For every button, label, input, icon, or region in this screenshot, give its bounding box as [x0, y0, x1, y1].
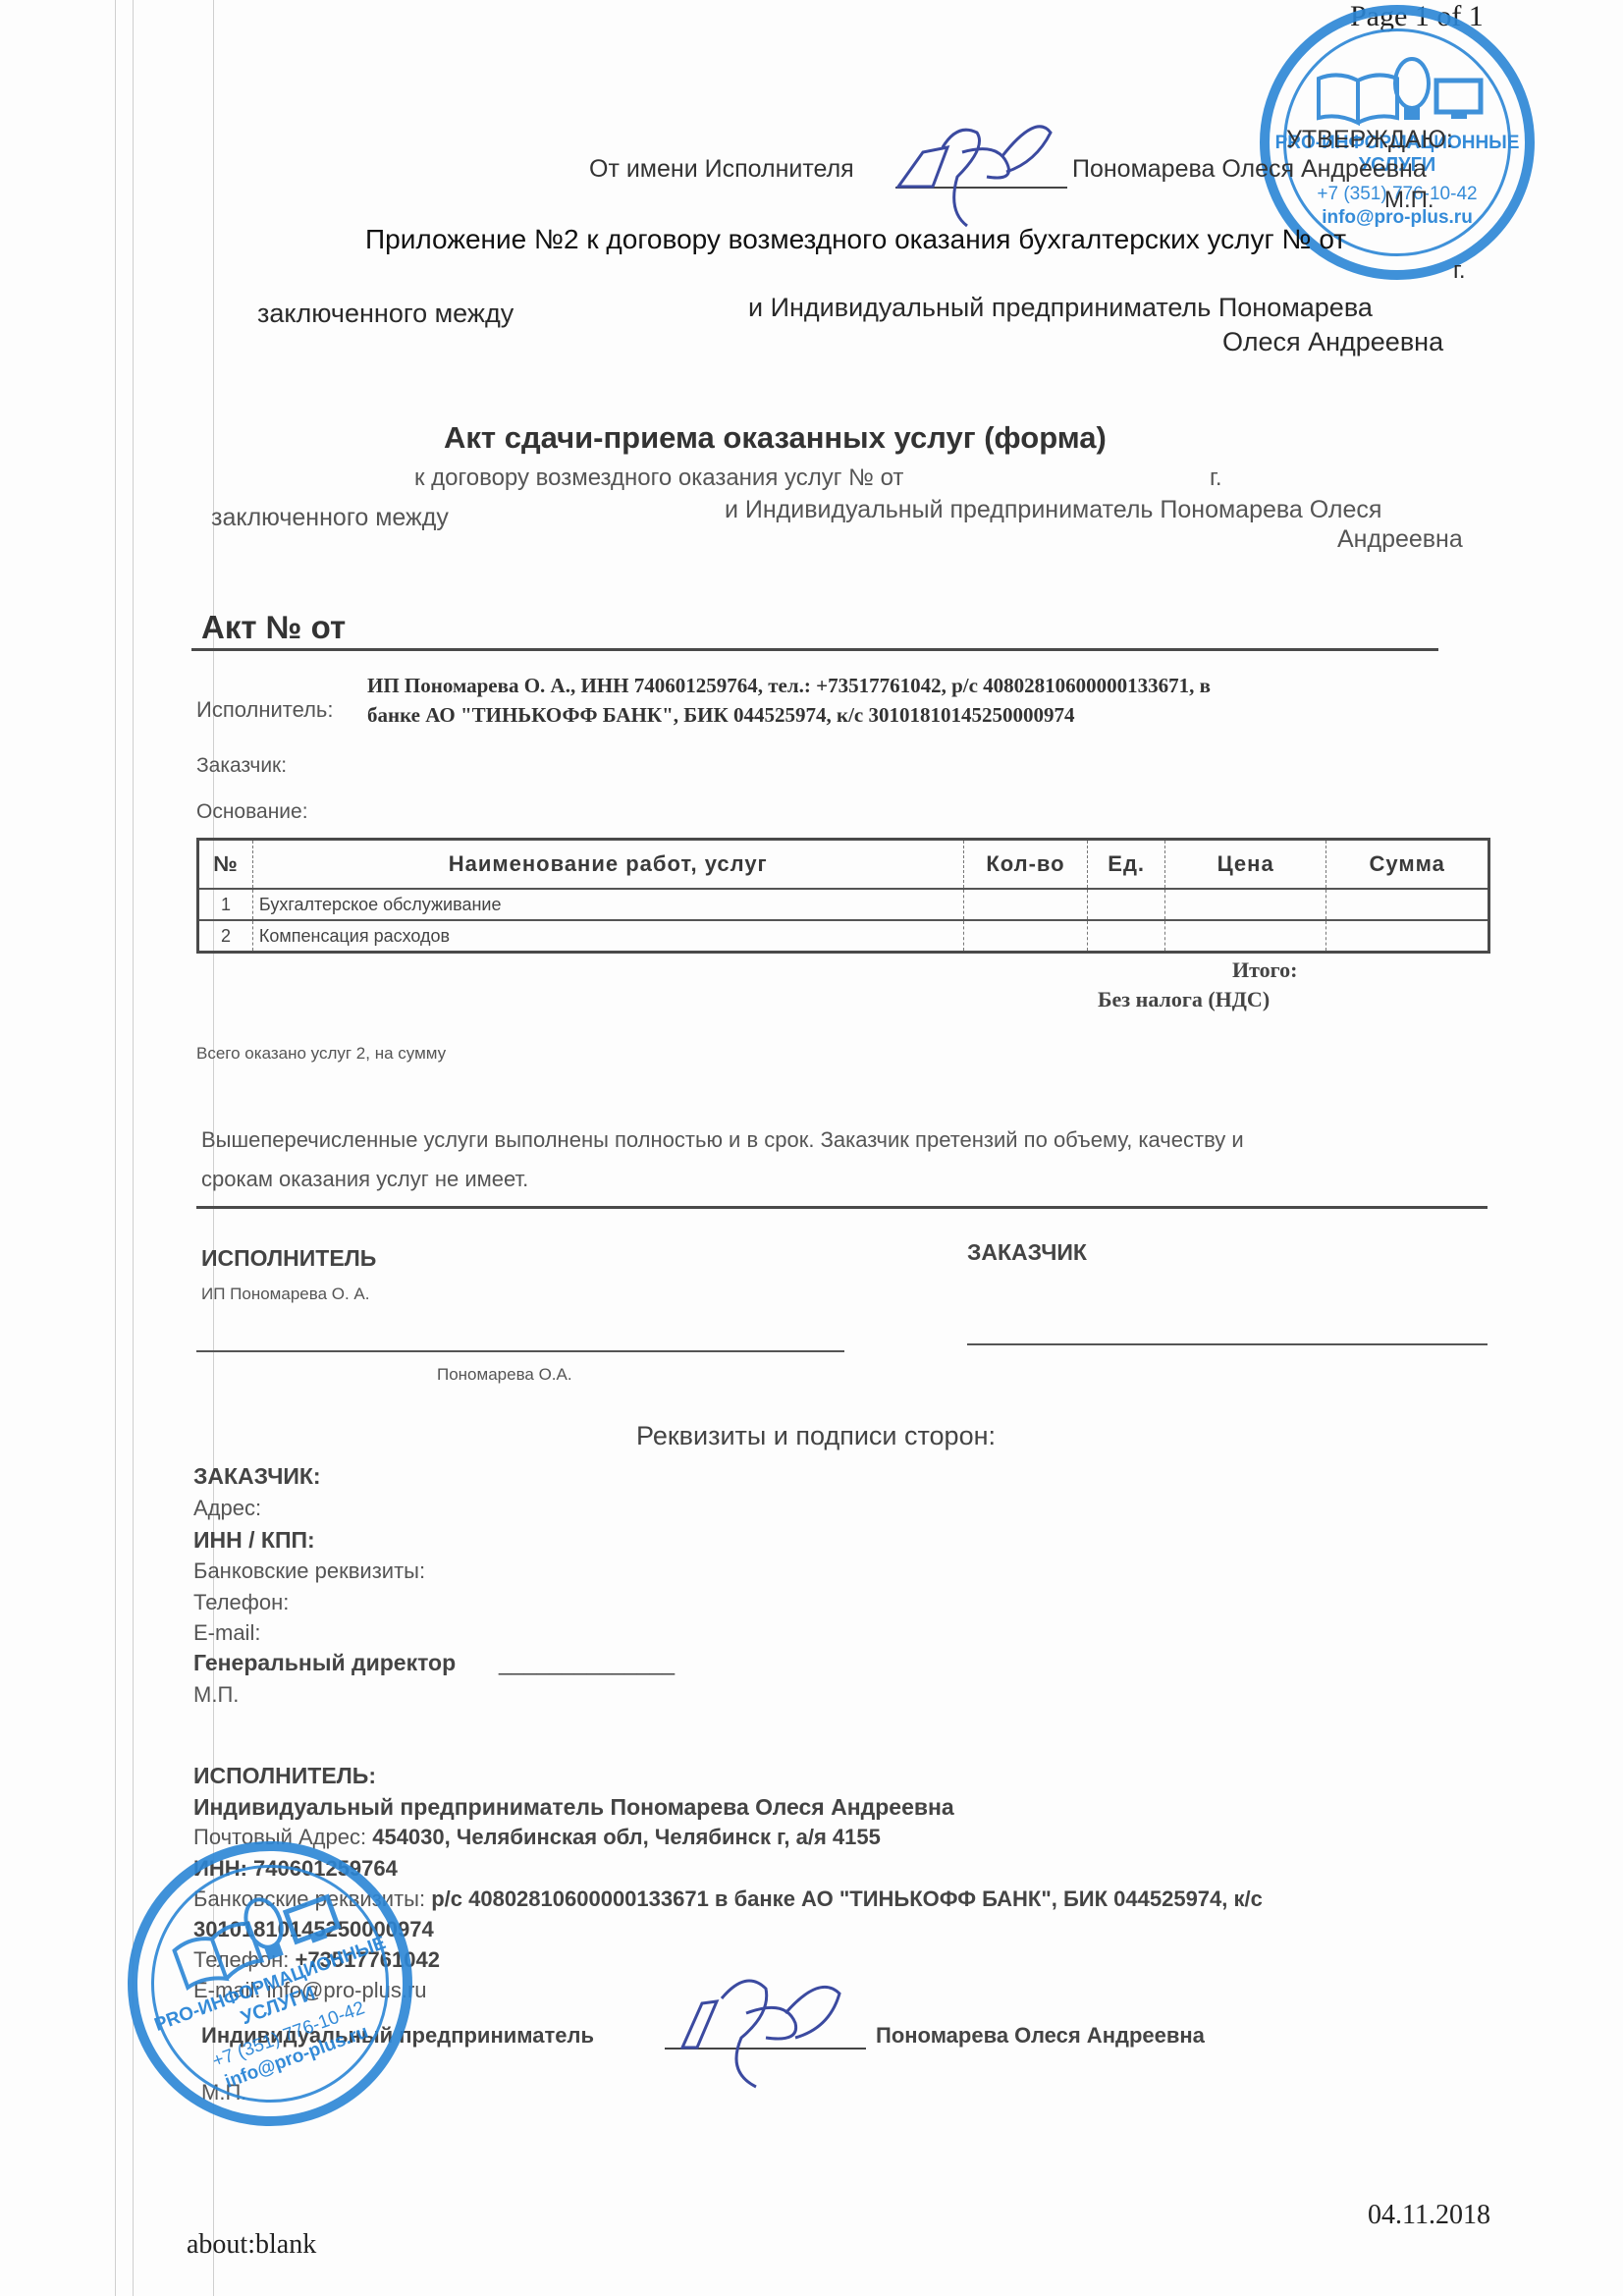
appendix-title: Приложение №2 к договору возмездного ока… — [365, 224, 1346, 255]
column-header-name: Наименование работ, услуг — [252, 840, 963, 890]
column-header-unit: Ед. — [1088, 840, 1164, 890]
column-header-sum: Сумма — [1326, 840, 1489, 890]
table-row: 2 Компенсация расходов — [198, 920, 1489, 953]
row-name: Бухгалтерское обслуживание — [252, 889, 963, 920]
executor-value-1: ИП Пономарева О. А., ИНН 740601259764, т… — [367, 674, 1211, 698]
executor-name: Индивидуальный предприниматель Пономарев… — [193, 1794, 954, 1821]
executor-bank-value-1: р/с 40802810600000133671 в банке АО "ТИН… — [431, 1886, 1263, 1911]
services-table: № Наименование работ, услуг Кол-во Ед. Ц… — [196, 838, 1490, 954]
appendix-between-party: и Индивидуальный предприниматель Пономар… — [748, 293, 1373, 323]
row-num: 1 — [198, 889, 253, 920]
approve-label: УТВЕРЖДАЮ: — [1286, 126, 1453, 154]
table-row: 1 Бухгалтерское обслуживание — [198, 889, 1489, 920]
row-price — [1164, 920, 1326, 953]
statement-rule — [196, 1206, 1488, 1209]
column-header-num: № — [198, 840, 253, 890]
column-header-price: Цена — [1164, 840, 1326, 890]
executor-sig-title: ИСПОЛНИТЕЛЬ — [201, 1245, 376, 1272]
row-num: 2 — [198, 920, 253, 953]
executor-sig-caption: Пономарева О.А. — [437, 1365, 572, 1385]
executor-address-value: 454030, Челябинская обл, Челябинск г, а/… — [372, 1825, 881, 1849]
customer-director-blank: ______________ — [499, 1650, 675, 1676]
customer-email-label: E-mail: — [193, 1620, 260, 1646]
stamp-logo-icon — [1314, 49, 1490, 137]
statement-line-1: Вышеперечисленные услуги выполнены полно… — [201, 1127, 1244, 1153]
customer-sig-title: ЗАКАЗЧИК — [967, 1239, 1087, 1266]
on-behalf-name: Пономарева Олеся Андреевна — [1072, 155, 1427, 184]
total-label: Итого: — [1232, 957, 1297, 983]
requisites-title: Реквизиты и подписи сторон: — [636, 1421, 996, 1451]
appendix-between-party-2: Олеся Андреевна — [1222, 327, 1443, 357]
act-heading: Акт № от — [201, 609, 346, 646]
customer-address-label: Адрес: — [193, 1496, 261, 1521]
signature-icon — [668, 1954, 854, 2092]
customer-signature-line — [967, 1343, 1488, 1345]
executor-signature-line — [196, 1350, 844, 1352]
act-form-between-label: заключенного между — [211, 504, 449, 532]
statement-line-2: срокам оказания услуг не имеет. — [201, 1167, 528, 1192]
customer-heading: ЗАКАЗЧИК: — [193, 1463, 321, 1490]
executor-label: Исполнитель: — [196, 697, 334, 723]
row-sum — [1326, 889, 1489, 920]
basis-label: Основание: — [196, 800, 308, 824]
customer-bank-label: Банковские реквизиты: — [193, 1558, 425, 1584]
row-name: Компенсация расходов — [252, 920, 963, 953]
row-qty — [963, 889, 1088, 920]
customer-stamp-place: М.П. — [193, 1682, 239, 1708]
table-header-row: № Наименование работ, услуг Кол-во Ед. Ц… — [198, 840, 1489, 890]
footer-date: 04.11.2018 — [1368, 2200, 1490, 2231]
act-form-title: Акт сдачи-приема оказанных услуг (форма) — [444, 420, 1107, 456]
row-unit — [1088, 920, 1164, 953]
column-header-qty: Кол-во — [963, 840, 1088, 890]
act-form-subtitle: к договору возмездного оказания услуг № … — [414, 465, 903, 492]
on-behalf-label: От имени Исполнителя — [589, 155, 854, 184]
signature-icon — [889, 103, 1075, 231]
stamp-place: М.П. — [1384, 187, 1434, 214]
act-heading-rule — [191, 648, 1438, 651]
customer-phone-label: Телефон: — [193, 1590, 289, 1615]
act-form-between-party-2: Андреевна — [1337, 525, 1463, 554]
row-sum — [1326, 920, 1489, 953]
executor-sign-name: Пономарева Олеся Андреевна — [876, 2023, 1205, 2049]
executor-heading: ИСПОЛНИТЕЛЬ: — [193, 1763, 376, 1789]
row-qty — [963, 920, 1088, 953]
company-stamp-bottom: PRO-ИНФОРМАЦИОННЫЕ УСЛУГИ +7 (351) 776-1… — [87, 1801, 453, 2166]
executor-sig-name: ИП Пономарева О. А. — [201, 1285, 369, 1304]
row-unit — [1088, 889, 1164, 920]
act-form-between-party: и Индивидуальный предприниматель Пономар… — [725, 496, 1381, 524]
scan-artifact-line — [115, 0, 116, 2296]
appendix-between-label: заключенного между — [257, 299, 514, 329]
customer-label: Заказчик: — [196, 754, 287, 778]
customer-inn-kpp-label: ИНН / КПП: — [193, 1527, 315, 1554]
vat-label: Без налога (НДС) — [1098, 987, 1270, 1012]
footer-url: about:blank — [187, 2229, 316, 2261]
act-form-subtitle-suffix: г. — [1210, 465, 1222, 492]
row-price — [1164, 889, 1326, 920]
customer-director-label: Генеральный директор — [193, 1650, 456, 1676]
appendix-title-suffix: г. — [1453, 257, 1466, 285]
summary-text: Всего оказано услуг 2, на сумму — [196, 1044, 446, 1064]
executor-value-2: банке АО "ТИНЬКОФФ БАНК", БИК 044525974,… — [367, 703, 1074, 728]
